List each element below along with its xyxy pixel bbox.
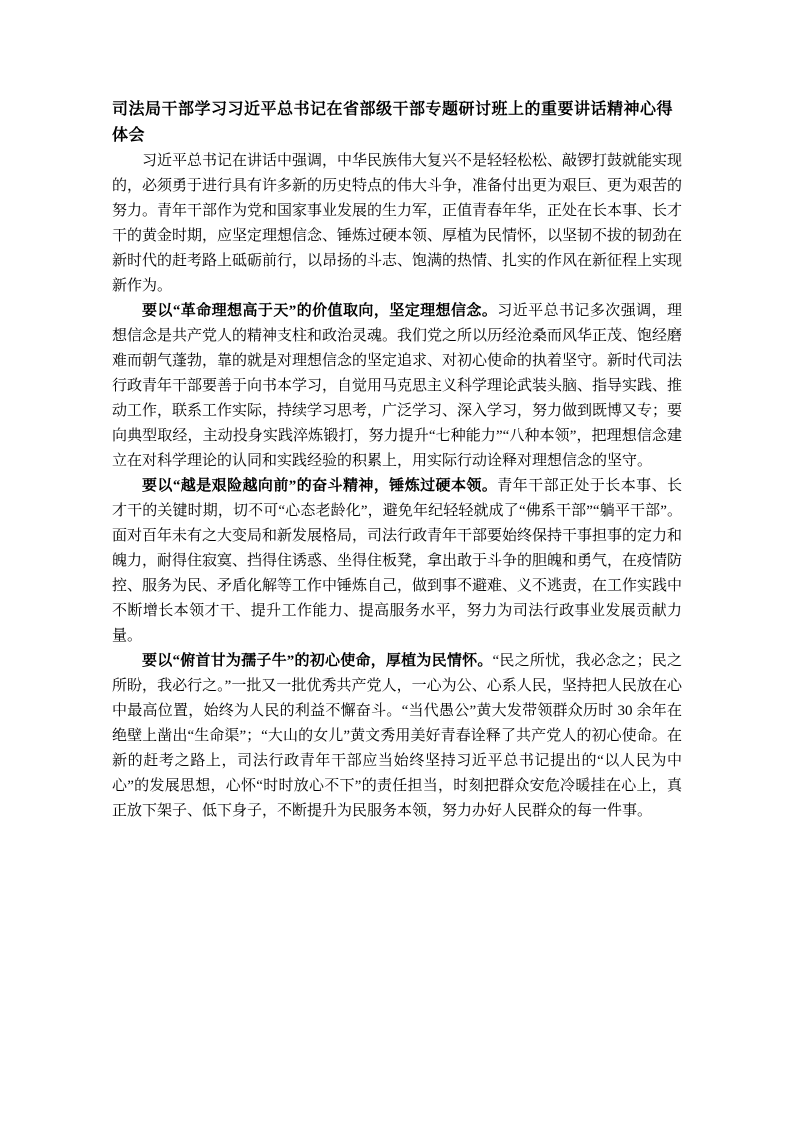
paragraph-ideals-lead: 要以“革命理想高于天”的价值取向，坚定理想信念。 <box>142 303 497 319</box>
paragraph-intro-text: 习近平总书记在讲话中强调，中华民族伟大复兴不是轻轻松松、敲锣打鼓就能实现的，必须… <box>112 153 682 294</box>
paragraph-people-lead: 要以“俯首甘为孺子牛”的初心使命，厚植为民情怀。 <box>142 653 493 669</box>
document-title: 司法局干部学习习近平总书记在省部级干部专题研讨班上的重要讲话精神心得体会 <box>112 97 682 149</box>
paragraph-skills: 要以“越是艰险越向前”的奋斗精神，锤炼过硬本领。青年干部正处于长本事、长才干的关… <box>112 474 682 649</box>
paragraph-skills-lead: 要以“越是艰险越向前”的奋斗精神，锤炼过硬本领。 <box>142 478 497 494</box>
document-page: 司法局干部学习习近平总书记在省部级干部专题研讨班上的重要讲话精神心得体会 习近平… <box>0 0 794 1122</box>
paragraph-ideals: 要以“革命理想高于天”的价值取向，坚定理想信念。习近平总书记多次强调，理想信念是… <box>112 299 682 474</box>
paragraph-ideals-text: 习近平总书记多次强调，理想信念是共产党人的精神支柱和政治灵魂。我们党之所以历经沧… <box>112 303 682 469</box>
paragraph-intro: 习近平总书记在讲话中强调，中华民族伟大复兴不是轻轻松松、敲锣打鼓就能实现的，必须… <box>112 149 682 299</box>
paragraph-people-text: “民之所忧，我必念之；民之所盼，我必行之。”一批又一批优秀共产党人，一心为公、心… <box>112 653 682 819</box>
paragraph-people: 要以“俯首甘为孺子牛”的初心使命，厚植为民情怀。“民之所忧，我必念之；民之所盼，… <box>112 649 682 824</box>
paragraph-skills-text: 青年干部正处于长本事、长才干的关键时期，切不可“心态老龄化”，避免年纪轻轻就成了… <box>112 478 682 644</box>
